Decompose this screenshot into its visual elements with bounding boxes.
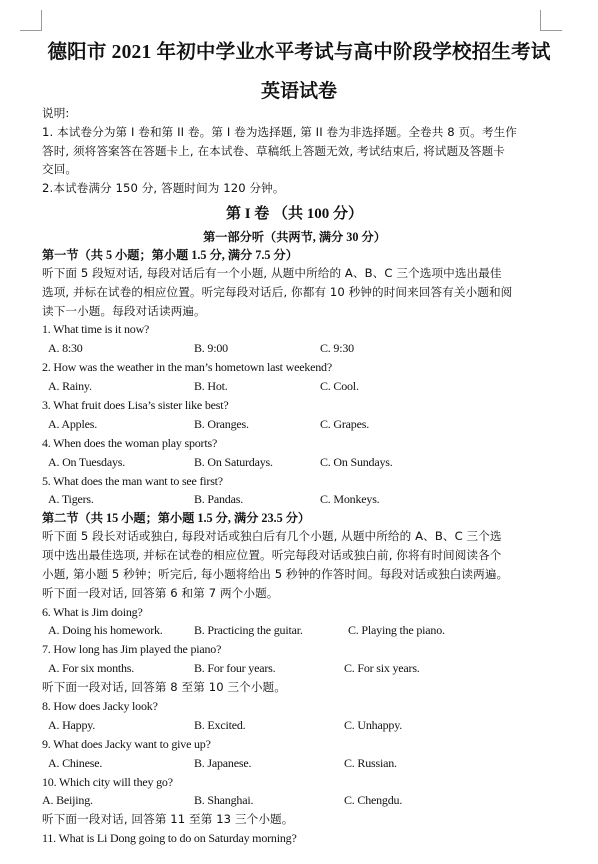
option-a: A. Rainy. <box>48 377 92 396</box>
notes-line: 答时, 须将答案答在答题卡上, 在本试卷、草稿纸上答题无效, 考试结束后, 将试… <box>42 142 547 161</box>
option-b: B. Pandas. <box>194 490 243 509</box>
exam-subtitle: 英语试卷 <box>0 76 598 103</box>
question-8-options: A. Happy. B. Excited. C. Unhappy. <box>42 716 547 735</box>
section-one-instructions: 听下面 5 段短对话, 每段对话后有一个小题, 从题中所给的 A、B、C 三个选… <box>42 264 547 283</box>
option-c: C. For six years. <box>344 659 420 678</box>
option-a: A. Apples. <box>48 415 97 434</box>
question-6: 6. What is Jim doing? <box>42 603 547 622</box>
option-c: C. Russian. <box>344 754 397 773</box>
section-one-instructions: 读下一小题。每段对话读两遍。 <box>42 302 547 321</box>
group-intro: 听下面一段对话, 回答第 11 至第 13 三个小题。 <box>42 810 547 829</box>
option-a: A. Chinese. <box>48 754 102 773</box>
section-one-instructions: 选项, 并标在试卷的相应位置。听完每段对话后, 你都有 10 秒钟的时间来回答有… <box>42 283 547 302</box>
option-c: C. Chengdu. <box>344 791 402 810</box>
question-3: 3. What fruit does Lisa’s sister like be… <box>42 396 547 415</box>
notes-line: 2.本试卷满分 150 分, 答题时间为 120 分钟。 <box>42 179 547 198</box>
section-two-title: 第二节（共 15 小题；第小题 1.5 分, 满分 23.5 分） <box>42 509 547 527</box>
question-7: 7. How long has Jim played the piano? <box>42 640 547 659</box>
question-9-options: A. Chinese. B. Japanese. C. Russian. <box>42 754 547 773</box>
option-b: B. Practicing the guitar. <box>194 621 303 640</box>
option-b: B. On Saturdays. <box>194 453 273 472</box>
option-b: B. 9:00 <box>194 339 228 358</box>
question-5: 5. What does the man want to see first? <box>42 472 547 491</box>
question-11: 11. What is Li Dong going to do on Satur… <box>42 829 547 848</box>
option-b: B. Oranges. <box>194 415 249 434</box>
question-10-options: A. Beijing. B. Shanghai. C. Chengdu. <box>42 791 547 810</box>
question-2-options: A. Rainy. B. Hot. C. Cool. <box>42 377 547 396</box>
option-c: C. Monkeys. <box>320 490 379 509</box>
notes-line: 1. 本试卷分为第 I 卷和第 II 卷。第 I 卷为选择题, 第 II 卷为非… <box>42 123 547 142</box>
option-b: B. For four years. <box>194 659 275 678</box>
option-b: B. Japanese. <box>194 754 251 773</box>
listening-heading: 第一部分听（共两节, 满分 30 分） <box>42 228 547 246</box>
group-intro: 听下面一段对话, 回答第 8 至第 10 三个小题。 <box>42 678 547 697</box>
option-a: A. For six months. <box>48 659 134 678</box>
notes-heading: 说明: <box>42 104 547 123</box>
question-4-options: A. On Tuesdays. B. On Saturdays. C. On S… <box>42 453 547 472</box>
exam-content: 说明: 1. 本试卷分为第 I 卷和第 II 卷。第 I 卷为选择题, 第 II… <box>42 104 547 848</box>
section-two-instructions: 听下面 5 段长对话或独白, 每段对话或独白后有几个小题, 从题中所给的 A、B… <box>42 527 547 546</box>
option-c: C. Grapes. <box>320 415 369 434</box>
option-a: A. On Tuesdays. <box>48 453 125 472</box>
option-c: C. Playing the piano. <box>348 621 445 640</box>
question-4: 4. When does the woman play sports? <box>42 434 547 453</box>
question-10: 10. Which city will they go? <box>42 773 547 792</box>
question-6-options: A. Doing his homework. B. Practicing the… <box>42 621 547 640</box>
option-a: A. Happy. <box>48 716 95 735</box>
question-9: 9. What does Jacky want to give up? <box>42 735 547 754</box>
question-5-options: A. Tigers. B. Pandas. C. Monkeys. <box>42 490 547 509</box>
crop-mark-top-right <box>540 10 562 31</box>
option-a: A. Tigers. <box>48 490 94 509</box>
option-b: B. Shanghai. <box>194 791 253 810</box>
question-7-options: A. For six months. B. For four years. C.… <box>42 659 547 678</box>
option-c: C. 9:30 <box>320 339 354 358</box>
exam-title: 德阳市 2021 年初中学业水平考试与高中阶段学校招生考试 <box>0 36 598 64</box>
part-one-title: 第 I 卷 （共 100 分） <box>42 200 547 228</box>
option-c: C. Unhappy. <box>344 716 402 735</box>
option-b: B. Excited. <box>194 716 245 735</box>
group-intro: 听下面一段对话, 回答第 6 和第 7 两个小题。 <box>42 584 547 603</box>
notes-line: 交回。 <box>42 160 547 179</box>
crop-mark-top-left <box>20 10 42 31</box>
option-a: A. Beijing. <box>42 791 93 810</box>
option-c: C. On Sundays. <box>320 453 393 472</box>
option-a: A. Doing his homework. <box>48 621 163 640</box>
question-8: 8. How does Jacky look? <box>42 697 547 716</box>
section-two-instructions: 项中选出最佳选项, 并标在试卷的相应位置。听完每段对话或独白前, 你将有时间阅读… <box>42 546 547 565</box>
option-a: A. 8:30 <box>48 339 83 358</box>
option-b: B. Hot. <box>194 377 228 396</box>
question-3-options: A. Apples. B. Oranges. C. Grapes. <box>42 415 547 434</box>
section-two-instructions: 小题, 第小题 5 秒钟；听完后, 每小题将给出 5 秒钟的作答时间。每段对话或… <box>42 565 547 584</box>
section-one-title: 第一节（共 5 小题；第小题 1.5 分, 满分 7.5 分） <box>42 246 547 264</box>
option-c: C. Cool. <box>320 377 359 396</box>
question-1: 1. What time is it now? <box>42 320 547 339</box>
question-2: 2. How was the weather in the man’s home… <box>42 358 547 377</box>
question-1-options: A. 8:30 B. 9:00 C. 9:30 <box>42 339 547 358</box>
